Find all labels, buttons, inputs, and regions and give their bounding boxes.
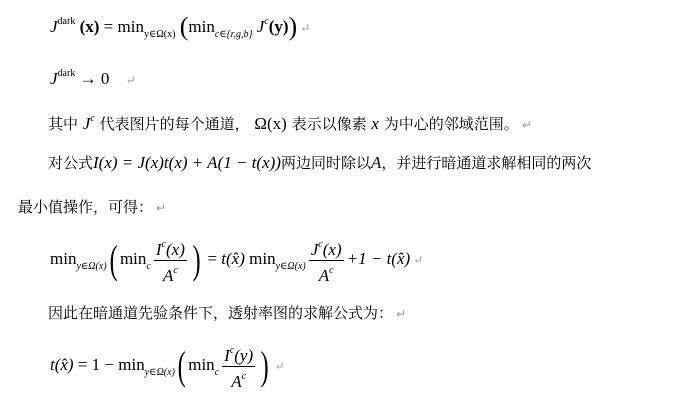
- t-hat: t(x̂): [221, 249, 245, 268]
- sup-c: c: [90, 113, 94, 124]
- min-operator: min: [50, 249, 76, 268]
- paragraph-mark-icon: ↵: [300, 21, 310, 35]
- zero: 0: [101, 69, 110, 88]
- symbol-j: J: [50, 17, 58, 36]
- text: 代表图片的每个通道，: [100, 115, 250, 133]
- text: ，并进行暗通道求解相同的两次: [381, 154, 591, 172]
- paragraph-mark-icon: ↵: [126, 73, 136, 87]
- arg-x: (x): [80, 17, 100, 36]
- paragraph-transmission-intro: 因此在暗通道先验条件下，透射率图的求解公式为：↵: [48, 303, 406, 324]
- paragraph-mark-icon: ↵: [396, 307, 406, 321]
- min-subscript-2: c: [215, 367, 219, 378]
- text: 两边同时除以: [281, 154, 371, 172]
- min-subscript-2: c∈{r,g,b}: [215, 29, 253, 40]
- omega-x: Ω(x): [254, 114, 286, 133]
- paren-close: ): [261, 339, 269, 393]
- var-a: A: [371, 153, 381, 172]
- scattering-model-formula: I(x) = J(x)t(x) + A(1 − t(x)): [93, 153, 281, 172]
- paragraph-channel-definition: 其中 Jc 代表图片的每个通道， Ω(x) 表示以像素 x 为中心的邻域范围。↵: [48, 109, 532, 135]
- paren-close: ): [289, 12, 298, 41]
- min-subscript-3: y∈Ω(x): [276, 261, 306, 272]
- paragraph-mark-icon: ↵: [413, 253, 423, 267]
- paren-open: (: [178, 339, 186, 393]
- paragraph-formula-intro: 对公式I(x) = J(x)t(x) + A(1 − t(x))两边同时除以A，…: [48, 153, 591, 173]
- symbol-j: J: [50, 69, 58, 88]
- fraction-jc-ac: Jc(x)Ac: [309, 235, 344, 286]
- text: 为中心的邻域范围。: [384, 115, 519, 133]
- paragraph-mark-icon: ↵: [274, 359, 284, 373]
- paren-open: (: [109, 233, 117, 287]
- min-operator-3: min: [249, 249, 275, 268]
- equation-dark-channel: Jdark (x) = miny∈Ω(x) (minc∈{r,g,b} Jc(y…: [50, 12, 310, 45]
- min-subscript: y∈Ω(x): [144, 29, 176, 40]
- text: 因此在暗通道先验条件下，透射率图的求解公式为：: [48, 304, 393, 322]
- equation-dark-limit: Jdark → 0 ↵: [50, 64, 136, 90]
- equals: =: [104, 17, 114, 36]
- min-subscript-2: c: [146, 261, 150, 272]
- sup-dark: dark: [58, 68, 76, 79]
- min-operator-2: min: [188, 355, 214, 374]
- min-operator: min: [118, 355, 144, 374]
- var-x: x: [371, 114, 379, 133]
- text: 其中: [48, 115, 78, 133]
- text: 表示以像素: [292, 115, 367, 133]
- min-operator: min: [118, 17, 144, 36]
- equals: =: [207, 249, 217, 268]
- equals-one-minus: = 1 −: [78, 355, 114, 374]
- min-subscript: y∈Ω(x): [145, 367, 175, 378]
- sup-dark: dark: [58, 16, 76, 27]
- paragraph-mark-icon: ↵: [156, 201, 166, 215]
- paragraph-mark-icon: ↵: [522, 118, 532, 132]
- fraction-ic-ac: Ic(y)Ac: [222, 341, 255, 392]
- paren-close: ): [193, 233, 201, 287]
- text: 最小值操作，可得：: [18, 198, 153, 216]
- paragraph-formula-intro-line2: 最小值操作，可得：↵: [18, 197, 166, 218]
- min-operator-2: min: [120, 249, 146, 268]
- arrow: →: [80, 69, 97, 88]
- t-hat: t(x̂): [50, 355, 74, 374]
- equation-normalized-min: miny∈Ω(x)(mincIc(x)Ac) = t(x̂) miny∈Ω(x)…: [50, 232, 423, 294]
- min-operator-2: min: [188, 17, 214, 36]
- min-subscript: y∈Ω(x): [76, 261, 106, 272]
- fraction-ic-ac: Ic(x)Ac: [154, 235, 187, 286]
- text: 对公式: [48, 154, 93, 172]
- tail-term: +1 − t(x̂): [347, 249, 411, 268]
- arg-y: (y): [269, 17, 289, 36]
- equation-transmission: t(x̂) = 1 − miny∈Ω(x)(mincIc(y)Ac)↵: [50, 338, 285, 400]
